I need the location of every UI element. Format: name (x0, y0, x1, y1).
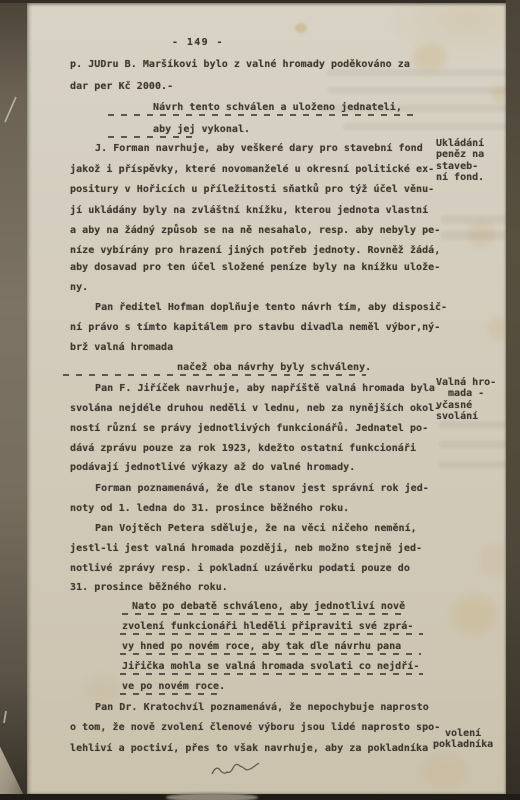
bleedthrough-smudge (441, 231, 511, 240)
scanned-document-photo: - 149 -p. JUDru B. Maršíkovi bylo z valn… (0, 0, 520, 800)
photo-edge-right (506, 0, 520, 800)
photo-edge-bottom (0, 794, 520, 800)
bleedthrough-smudge (327, 69, 507, 76)
bleedthrough-smudge (343, 123, 511, 130)
bleedthrough-smudge (321, 105, 520, 112)
paper-stain (467, 221, 495, 247)
bottom-page-edge (166, 793, 258, 800)
bleedthrough-smudge (439, 461, 509, 468)
paper-stain (413, 43, 447, 71)
bleedthrough-smudge (439, 421, 513, 428)
paper-stain (423, 753, 467, 787)
paper-stain (85, 677, 119, 705)
bleedthrough-smudge (327, 87, 519, 94)
page (27, 3, 506, 794)
paper-stain (295, 23, 307, 33)
paper-stain (451, 595, 497, 635)
